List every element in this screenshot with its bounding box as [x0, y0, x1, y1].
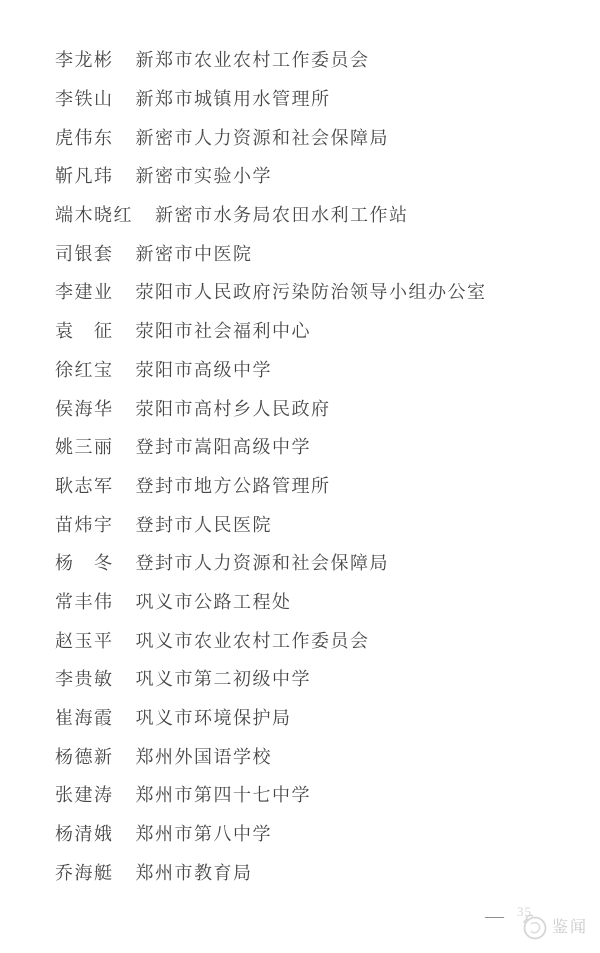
organization: 新郑市城镇用水管理所: [136, 85, 331, 111]
list-item: 李铁山 新郑市城镇用水管理所: [55, 79, 594, 118]
person-name: 杨 冬: [55, 549, 114, 575]
list-item: 赵玉平 巩义市农业农村工作委员会: [55, 620, 594, 659]
list-item: 李贵敏 巩义市第二初级中学: [55, 659, 594, 698]
list-item: 袁 征 荥阳市社会福利中心: [55, 311, 594, 350]
list-item: 常丰伟 巩义市公路工程处: [55, 582, 594, 621]
person-name: 苗炜宇: [55, 511, 114, 537]
person-name: 杨清娥: [55, 820, 114, 846]
list-item: 侯海华 荥阳市高村乡人民政府: [55, 388, 594, 427]
organization: 郑州市第八中学: [136, 820, 273, 846]
organization: 郑州市第四十七中学: [136, 781, 312, 807]
list-item: 杨德新 郑州外国语学校: [55, 736, 594, 775]
organization: 荥阳市社会福利中心: [136, 317, 312, 343]
person-name: 李建业: [55, 278, 114, 304]
organization: 新郑市农业农村工作委员会: [136, 46, 370, 72]
list-item: 张建涛 郑州市第四十七中学: [55, 775, 594, 814]
organization: 登封市嵩阳高级中学: [136, 433, 312, 459]
person-name: 徐红宝: [55, 356, 114, 382]
list-item: 杨清娥 郑州市第八中学: [55, 814, 594, 853]
organization: 登封市人民医院: [136, 511, 273, 537]
person-name: 李铁山: [55, 85, 114, 111]
jianwen-logo-icon: [521, 912, 548, 941]
list-item: 李建业 荥阳市人民政府污染防治领导小组办公室: [55, 272, 594, 311]
list-item: 苗炜宇 登封市人民医院: [55, 504, 594, 543]
person-name: 姚三丽: [55, 433, 114, 459]
list-item: 徐红宝 荥阳市高级中学: [55, 350, 594, 389]
organization: 巩义市公路工程处: [136, 588, 292, 614]
person-name: 虎伟东: [55, 124, 114, 150]
list-item: 崔海霞 巩义市环境保护局: [55, 698, 594, 737]
person-name: 赵玉平: [55, 627, 114, 653]
organization: 登封市人力资源和社会保障局: [136, 549, 390, 575]
person-name: 袁 征: [55, 317, 114, 343]
person-name: 乔海艇: [55, 859, 114, 885]
person-name: 李贵敏: [55, 665, 114, 691]
page-footer: — 35 鉴闻: [483, 902, 598, 947]
organization: 荥阳市高村乡人民政府: [136, 395, 331, 421]
list-item: 耿志军 登封市地方公路管理所: [55, 466, 594, 505]
person-name: 杨德新: [55, 743, 114, 769]
person-name: 李龙彬: [55, 46, 114, 72]
person-name: 张建涛: [55, 781, 114, 807]
organization: 新密市实验小学: [136, 162, 273, 188]
list-item: 姚三丽 登封市嵩阳高级中学: [55, 427, 594, 466]
person-name: 耿志军: [55, 472, 114, 498]
name-list: 李龙彬 新郑市农业农村工作委员会 李铁山 新郑市城镇用水管理所 虎伟东 新密市人…: [55, 40, 594, 891]
organization: 巩义市环境保护局: [136, 704, 292, 730]
list-item: 靳凡玮 新密市实验小学: [55, 156, 594, 195]
person-name: 靳凡玮: [55, 162, 114, 188]
organization: 新密市中医院: [136, 240, 253, 266]
page-number-dash: —: [485, 906, 504, 928]
document-page: 李龙彬 新郑市农业农村工作委员会 李铁山 新郑市城镇用水管理所 虎伟东 新密市人…: [0, 0, 600, 953]
person-name: 常丰伟: [55, 588, 114, 614]
organization: 郑州市教育局: [136, 859, 253, 885]
person-name: 侯海华: [55, 395, 114, 421]
organization: 荥阳市人民政府污染防治领导小组办公室: [136, 278, 487, 304]
list-item: 端木晓红 新密市水务局农田水利工作站: [55, 195, 594, 234]
organization: 巩义市农业农村工作委员会: [136, 627, 370, 653]
list-item: 司银套 新密市中医院: [55, 233, 594, 272]
person-name: 崔海霞: [55, 704, 114, 730]
list-item: 李龙彬 新郑市农业农村工作委员会: [55, 40, 594, 79]
organization: 巩义市第二初级中学: [136, 665, 312, 691]
person-name: 端木晓红: [55, 201, 133, 227]
person-name: 司银套: [55, 240, 114, 266]
organization: 荥阳市高级中学: [136, 356, 273, 382]
organization: 登封市地方公路管理所: [136, 472, 331, 498]
organization: 新密市人力资源和社会保障局: [136, 124, 390, 150]
organization: 新密市水务局农田水利工作站: [155, 201, 409, 227]
watermark-text: 鉴闻: [552, 914, 588, 937]
list-item: 乔海艇 郑州市教育局: [55, 852, 594, 891]
list-item: 虎伟东 新密市人力资源和社会保障局: [55, 117, 594, 156]
list-item: 杨 冬 登封市人力资源和社会保障局: [55, 543, 594, 582]
organization: 郑州外国语学校: [136, 743, 273, 769]
